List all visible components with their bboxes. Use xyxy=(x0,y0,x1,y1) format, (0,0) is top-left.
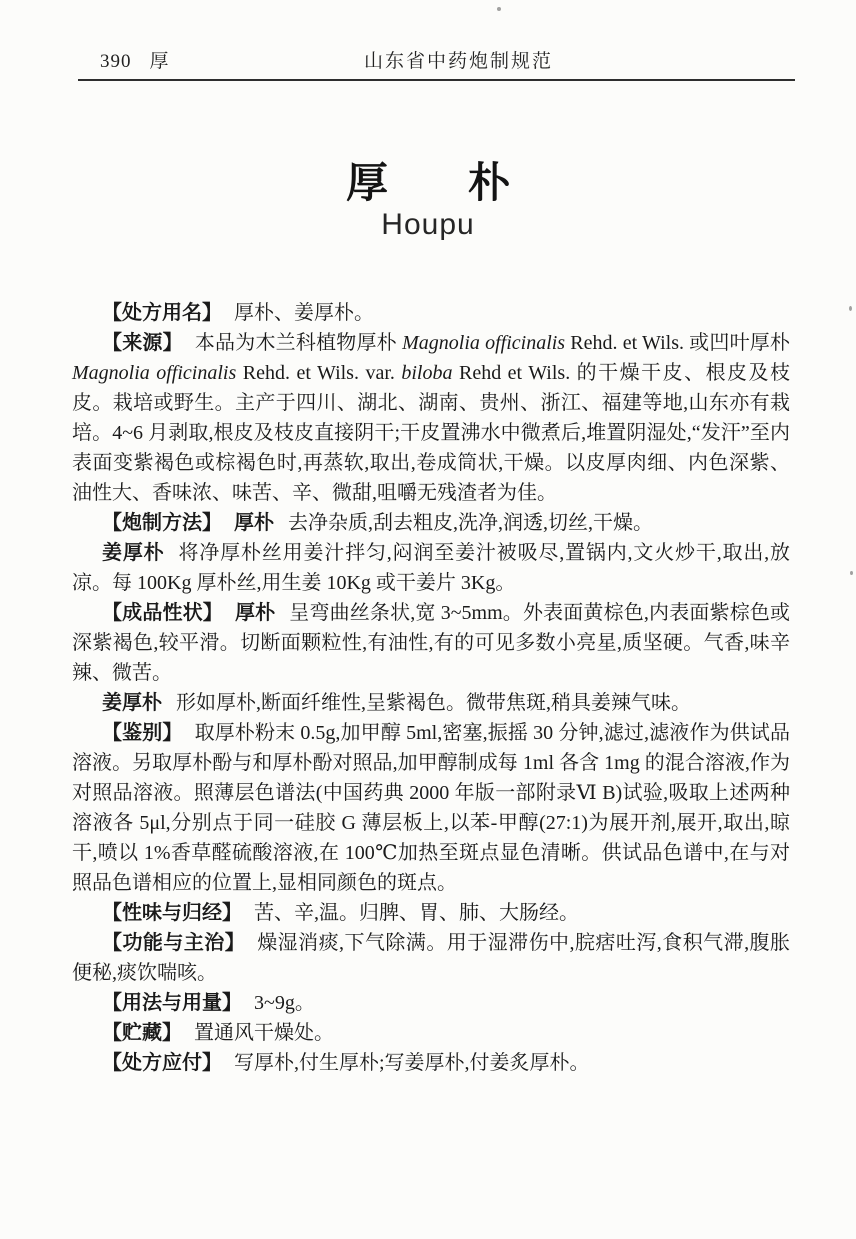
scan-speck xyxy=(850,571,853,575)
latin-binomial: Magnolia officinalis xyxy=(402,332,565,354)
section-label: 【处方应付】 xyxy=(102,1052,222,1074)
drug-title-pinyin: Houpu xyxy=(0,208,856,242)
section-paragraph: 【处方应付】写厚朴,付生厚朴;写姜厚朴,付姜炙厚朴。 xyxy=(72,1048,790,1078)
latin-binomial: biloba xyxy=(401,362,452,384)
section-text: 本品为木兰科植物厚朴 xyxy=(195,332,402,354)
section-label: 【贮藏】 xyxy=(102,1022,182,1044)
section-label: 【成品性状】 xyxy=(102,602,223,624)
section-label: 【炮制方法】 xyxy=(102,512,222,534)
section-text: 去净杂质,刮去粗皮,洗净,润透,切丝,干燥。 xyxy=(288,512,653,534)
scan-speck xyxy=(497,7,501,11)
section-label: 【来源】 xyxy=(102,332,183,354)
section-text: 苦、辛,温。归脾、胃、肺、大肠经。 xyxy=(254,902,579,924)
book-page: 390厚 山东省中药炮制规范 厚朴 Houpu 【处方用名】厚朴、姜厚朴。【来源… xyxy=(0,0,856,1239)
drug-title-zh: 厚朴 xyxy=(0,150,856,210)
section-paragraph: 姜厚朴将净厚朴丝用姜汁拌匀,闷润至姜汁被吸尽,置锅内,文火炒干,取出,放凉。每 … xyxy=(72,538,790,598)
section-text: Rehd. et Wils. 或凹叶厚朴 xyxy=(565,332,790,354)
section-paragraph: 【贮藏】置通风干燥处。 xyxy=(72,1018,790,1048)
running-head: 390厚 山东省中药炮制规范 xyxy=(78,50,795,74)
section-text: 置通风干燥处。 xyxy=(194,1022,334,1044)
section-label: 【鉴别】 xyxy=(102,722,183,744)
section-text: 取厚朴粉末 0.5g,加甲醇 5ml,密塞,振摇 30 分钟,滤过,滤液作为供试… xyxy=(72,722,790,894)
section-sublabel: 厚朴 xyxy=(235,602,275,624)
section-label: 【用法与用量】 xyxy=(102,992,242,1014)
scan-speck xyxy=(849,306,852,311)
section-sublabel: 姜厚朴 xyxy=(102,542,165,564)
section-text: 形如厚朴,断面纤维性,呈紫褐色。微带焦斑,稍具姜辣气味。 xyxy=(176,692,691,714)
section-sublabel: 厚朴 xyxy=(234,512,274,534)
book-title: 山东省中药炮制规范 xyxy=(78,50,795,74)
content-sections: 【处方用名】厚朴、姜厚朴。【来源】本品为木兰科植物厚朴 Magnolia off… xyxy=(72,298,790,1078)
section-paragraph: 【成品性状】厚朴呈弯曲丝条状,宽 3~5mm。外表面黄棕色,内表面紫棕色或深紫褐… xyxy=(72,598,790,688)
section-text: 厚朴、姜厚朴。 xyxy=(234,302,374,324)
latin-binomial: Magnolia officinalis xyxy=(72,362,236,384)
section-label: 【处方用名】 xyxy=(102,302,222,324)
section-paragraph: 【功能与主治】燥湿消痰,下气除满。用于湿滞伤中,脘痞吐泻,食积气滞,腹胀便秘,痰… xyxy=(72,928,790,988)
section-paragraph: 【来源】本品为木兰科植物厚朴 Magnolia officinalis Rehd… xyxy=(72,328,790,508)
section-paragraph: 【用法与用量】3~9g。 xyxy=(72,988,790,1018)
section-paragraph: 【性味与归经】苦、辛,温。归脾、胃、肺、大肠经。 xyxy=(72,898,790,928)
section-paragraph: 【鉴别】取厚朴粉末 0.5g,加甲醇 5ml,密塞,振摇 30 分钟,滤过,滤液… xyxy=(72,718,790,898)
section-paragraph: 【炮制方法】厚朴去净杂质,刮去粗皮,洗净,润透,切丝,干燥。 xyxy=(72,508,790,538)
section-paragraph: 【处方用名】厚朴、姜厚朴。 xyxy=(72,298,790,328)
section-sublabel: 姜厚朴 xyxy=(102,692,162,714)
section-text: Rehd. et Wils. var. xyxy=(236,362,401,384)
section-text: 将净厚朴丝用姜汁拌匀,闷润至姜汁被吸尽,置锅内,文火炒干,取出,放凉。每 100… xyxy=(72,542,790,594)
section-text: 3~9g。 xyxy=(254,992,315,1014)
header-rule xyxy=(78,79,795,81)
section-label: 【性味与归经】 xyxy=(102,902,242,924)
section-text: 写厚朴,付生厚朴;写姜厚朴,付姜炙厚朴。 xyxy=(234,1052,590,1074)
section-paragraph: 姜厚朴形如厚朴,断面纤维性,呈紫褐色。微带焦斑,稍具姜辣气味。 xyxy=(72,688,790,718)
section-label: 【功能与主治】 xyxy=(102,932,245,954)
